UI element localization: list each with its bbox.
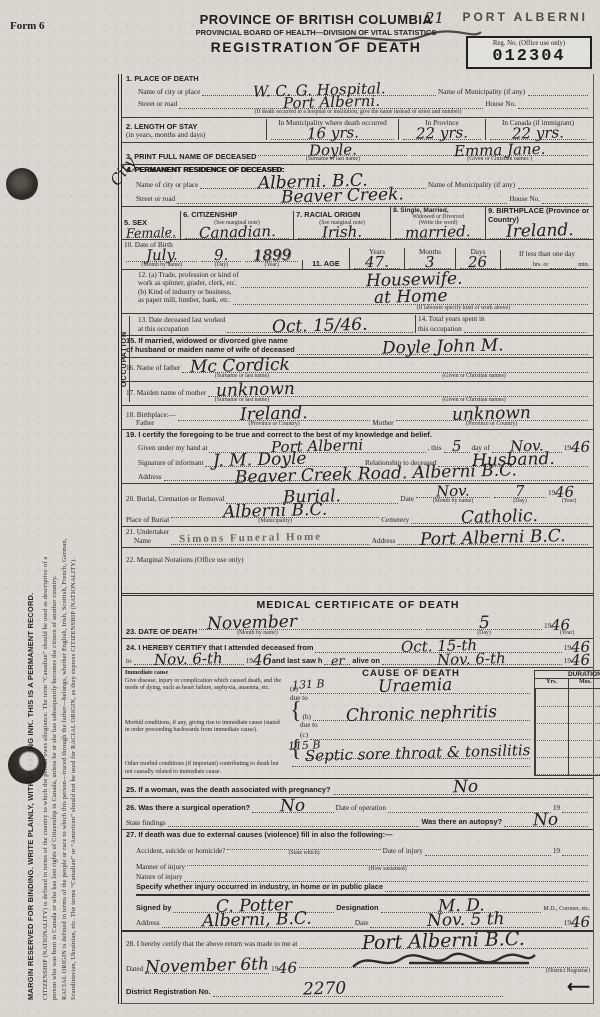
- dated-label: Dated: [126, 965, 143, 973]
- operation-label: 26. Was there a surgical operation?: [126, 804, 250, 813]
- s2-sub: (in years, months and days): [126, 131, 266, 139]
- form-number: Form 6: [10, 20, 45, 32]
- section-last-worked: 13. Date deceased last workedat this occ…: [122, 313, 593, 335]
- district-reg-no-value: 2270: [302, 982, 346, 998]
- age-days-value: 26: [468, 256, 487, 270]
- mother-name-label: 17. Maiden name of mother: [126, 389, 206, 397]
- occupation-b-label1: (b) Kind of industry or business,: [138, 288, 231, 296]
- birthplace-value: Ireland.: [505, 224, 573, 241]
- immediate-cause-desc: Give disease, injury or complication whi…: [125, 678, 285, 693]
- immediate-cause-lead: Immediate cause: [125, 670, 168, 676]
- s19-this-label: , this: [428, 444, 442, 452]
- s4-city-label: Name of city or place: [136, 181, 198, 189]
- age-months-value: 3: [425, 256, 435, 270]
- section-birth-age: 10. Date of Birth July.(Month by name) 9…: [122, 239, 593, 269]
- occupation-vertical-label: OCCUPATION: [121, 316, 130, 402]
- s24-yr2-label: 19: [246, 657, 253, 665]
- section-sex-citizenship-origin: 5. SEX Female. 6. CITIZENSHIP (See margi…: [122, 206, 593, 239]
- pregnancy-label: 25. If a woman, was the death associated…: [126, 786, 331, 795]
- physician-address-label: Address: [136, 919, 160, 927]
- physician-year-value: 46: [571, 916, 590, 930]
- s4-street-label: Street or road: [136, 195, 175, 203]
- s4-muni-label: Name of Municipality (if any): [428, 181, 516, 189]
- cemetery-label: Cemetery: [381, 516, 409, 524]
- section-burial: 20. Burial, Cremation or Removal Burial.…: [122, 483, 593, 526]
- last-seen-alive-value: Nov. 6-th: [437, 652, 506, 667]
- undertaker-stamp: Simons Funeral Home: [179, 531, 322, 545]
- s18-mother-label: Mother: [372, 419, 393, 427]
- margin-note-citizenship-2: person who was born in Canada or who has…: [51, 130, 58, 1000]
- cause-b-label: (b): [303, 713, 311, 721]
- s2-title: 2. LENGTH OF STAY: [126, 123, 266, 132]
- reg-no-label: Reg. No. (Office use only): [470, 40, 588, 47]
- margin-note-racial-1: RACIAL ORIGIN is defined in terms of the…: [61, 130, 68, 1000]
- s3-title: 3. PRINT FULL NAME OF DECEASED: [126, 153, 256, 162]
- burial-month-value: Nov.: [436, 485, 470, 499]
- accident-label: Accident, suicide or homicide?: [136, 847, 225, 855]
- nature-of-injury-label: Nature of injury: [136, 873, 182, 881]
- external-causes-label: 27. If death was due to external causes …: [126, 831, 590, 840]
- s27-yr-label: 19: [553, 847, 560, 855]
- operation-value: No: [280, 798, 306, 814]
- brace-glyph-1: {: [290, 702, 302, 721]
- death-month-value: November: [207, 615, 297, 633]
- pen-scribble-mark: [8, 746, 46, 784]
- racial-origin-value: Irish.: [322, 226, 362, 241]
- dated-year-value: 46: [278, 962, 297, 976]
- s17-fine2: (Given or Christian names): [358, 397, 590, 403]
- manner-of-injury-label: Manner of injury: [136, 863, 185, 871]
- section-district-registration: District Registration No. 2270 ⟵: [122, 976, 593, 1003]
- occupation-a-label2: work as spinner, grader, clerk, etc.: [138, 279, 239, 287]
- undertaker-label: 21. Undertaker: [126, 528, 169, 536]
- reg-no-box: Reg. No. (Office use only) 012304: [466, 36, 592, 69]
- age-years-value: 47.: [365, 256, 389, 270]
- port-alberni-stamp: PORT ALBERNI: [462, 10, 588, 24]
- mother-name-value: unknown: [216, 382, 295, 399]
- occupation-fine: (If labourer specify kind of work above): [138, 305, 510, 311]
- section-cause-of-death: Immediate cause Give disease, injury or …: [122, 667, 593, 778]
- dob-year-value: 1899: [252, 249, 291, 263]
- attended-to-year: 46: [253, 654, 272, 668]
- signed-by-label: Signed by: [136, 904, 171, 913]
- scanned-death-certificate-page: { "colors": {"paper": "#d9d6cf", "ink": …: [0, 0, 600, 1017]
- section-operation: 26. Was there a surgical operation? No D…: [122, 797, 593, 830]
- page-title: REGISTRATION OF DEATH: [128, 39, 504, 55]
- physician-date-value: Nov. 5 th: [427, 912, 505, 929]
- morbid-condition-value: Chronic nephritis: [346, 705, 497, 724]
- s13-label2: at this occupation: [138, 325, 225, 333]
- medical-certificate-header: MEDICAL CERTIFICATE OF DEATH: [122, 593, 593, 615]
- s14-label2: this occupation: [418, 325, 462, 333]
- certified-year-value: 46: [571, 441, 590, 455]
- duration-mos-header: Mos.: [568, 679, 600, 689]
- section-mother-name: 17. Maiden name of mother unknown (Surna…: [122, 381, 593, 405]
- pregnancy-value: No: [452, 780, 478, 796]
- reg-no-value: 012304: [470, 47, 588, 66]
- undertaker-name-label: Name: [134, 537, 169, 545]
- section-pregnancy: 25. If a woman, was the death associated…: [122, 778, 593, 796]
- district-reg-no-label: District Registration No.: [126, 988, 211, 997]
- section-father-name: 16. Name of father Mc Cordick (Surname o…: [122, 357, 593, 381]
- autopsy-value: No: [533, 813, 559, 829]
- s24-to-label: to: [126, 657, 132, 665]
- citizenship-value: Canadian.: [198, 225, 275, 241]
- duration-yrs-header: Yrs.: [535, 679, 568, 689]
- place-of-death-street-value: Port Alberni.: [283, 95, 380, 111]
- burial-year-value: 46: [555, 486, 574, 500]
- operation-date-label: Date of operation: [336, 804, 386, 812]
- handwritten-file-number: 21: [425, 12, 444, 26]
- section-external-causes: 27. If death was due to external causes …: [122, 829, 593, 898]
- cause-code-a: 131 B: [292, 678, 325, 693]
- s24-alive-label: alive on: [352, 657, 380, 666]
- s19-given-label: Given under my hand at: [138, 444, 207, 452]
- age-hrs-label: hrs. or: [533, 262, 548, 269]
- undertaker-address-value: Port Alberni B.C.: [420, 529, 566, 548]
- dob-month-value: July.: [146, 249, 178, 263]
- certified-day-value: 5: [452, 440, 462, 454]
- age-min-label: min.: [578, 262, 589, 269]
- section-marginal-notations: 22. Marginal Notations (Office use only): [122, 547, 593, 593]
- pen-arrow-mark: ⟵: [567, 977, 590, 997]
- section-physician-signature: Signed by C. Potter Designation M. D. M.…: [132, 898, 593, 930]
- duration-table: DURATION Yrs. Mos. Dys.: [534, 670, 600, 776]
- section-date-of-death: 23. DATE OF DEATH November(Month by name…: [122, 615, 593, 638]
- findings-label: State findings: [126, 819, 166, 827]
- s13-label1: 13. Date deceased last worked: [138, 316, 225, 324]
- duration-title: DURATION: [535, 671, 600, 679]
- occupation-industry-value: at Home: [374, 289, 448, 306]
- section-occupation: 12. (a) Trade, profession or kind ofwork…: [122, 269, 593, 313]
- burial-place-label: Place of Burial: [126, 516, 169, 524]
- saw-her-fill: er: [331, 655, 345, 667]
- informant-signature-label: Signature of informant: [138, 459, 203, 467]
- section-place-of-death: 1. PLACE OF DEATH Name of city or place …: [122, 74, 593, 117]
- stay-municipality-value: 16 yrs.: [306, 127, 358, 142]
- father-name-label: 16. Name of father: [126, 364, 180, 372]
- informant-address-label: Address: [138, 473, 162, 481]
- marital-status-value: married.: [405, 225, 471, 240]
- section-length-of-stay: 2. LENGTH OF STAY (in years, months and …: [122, 117, 593, 142]
- morbid-conditions-label: Morbid conditions, if any, giving rise t…: [125, 720, 285, 735]
- spouse-name-value: Doyle John M.: [381, 339, 503, 357]
- s1-city-label: Name of city or place: [138, 88, 200, 96]
- registration-form: PROVINCE OF BRITISH COLUMBIA PROVINCIAL …: [118, 4, 594, 1004]
- s1-muni-label: Name of Municipality (if any): [438, 88, 526, 96]
- form-header: PROVINCE OF BRITISH COLUMBIA PROVINCIAL …: [118, 12, 594, 74]
- margin-note-binding: MARGIN RESERVED FOR BINDING. WRITE PLAIN…: [26, 95, 35, 1000]
- designation-label: Designation: [336, 904, 378, 913]
- section-permanent-residence: City 4. PERMANENT RESIDENCE OF DECEASED:…: [122, 164, 593, 205]
- death-day-value: 5: [478, 616, 489, 632]
- cemetery-value: Catholic.: [461, 509, 538, 526]
- occupation-a-label1: 12. (a) Trade, profession or kind of: [138, 271, 239, 279]
- immediate-cause-value: Uraemia: [378, 678, 453, 695]
- s16-fine2: (Given or Christian names): [358, 373, 590, 379]
- marital-header: 8. Single, Married,: [393, 207, 483, 215]
- date-of-death-label: 23. DATE OF DEATH: [126, 628, 197, 637]
- marginal-notations-label: 22. Marginal Notations (Office use only): [126, 556, 244, 564]
- occupation-b-label2: as paper mill, lumber, bank, etc.: [138, 296, 231, 304]
- physician-address-value: Alberni, B.C.: [202, 912, 312, 930]
- district-registrar-fine: (District Registrar): [297, 968, 590, 974]
- deceased-surname-value: Doyle.: [309, 143, 357, 158]
- father-name-value: Mc Cordick: [190, 357, 290, 375]
- citizenship-header: 6. CITIZENSHIP: [183, 211, 291, 220]
- physician-date-label: Date: [355, 919, 369, 927]
- registrar-certify-label: 28. I hereby certify that the above retu…: [126, 940, 297, 948]
- undertaker-address-label: Address: [372, 537, 396, 545]
- header-board: PROVINCIAL BOARD OF HEALTH—DIVISION OF V…: [128, 28, 504, 37]
- section-attendance: 24. I HEREBY CERTIFY that I attended dec…: [122, 638, 593, 667]
- s18-father-label: Father: [136, 419, 176, 427]
- dob-day-value: 9.: [214, 249, 229, 263]
- hole-punch-mark: [6, 168, 38, 200]
- age-less-label: If less than one day: [503, 250, 591, 258]
- header-province: PROVINCE OF BRITISH COLUMBIA: [128, 12, 504, 27]
- mother-birthplace-value: unknown: [452, 406, 531, 423]
- s24-saw-label: and last saw h: [272, 657, 323, 666]
- dated-value: November 6th: [145, 958, 269, 977]
- section-registrar-certification: 28. I hereby certify that the above retu…: [122, 930, 593, 976]
- s19-yr-label: 19: [564, 444, 571, 452]
- burial-day-value: 7: [515, 485, 525, 499]
- section-undertaker: 21. UndertakerName Simons Funeral Home A…: [122, 526, 593, 547]
- sex-value: Female.: [126, 227, 176, 240]
- margin-note-racial-2: Scandinavian, Ukrainian, etc. The terms …: [70, 130, 77, 1000]
- section-spouse-name: 15. If married, widowed or divorced give…: [122, 335, 593, 356]
- last-worked-date-value: Oct. 15/46.: [272, 318, 368, 336]
- racial-origin-header: 7. RACIAL ORIGIN: [296, 211, 388, 220]
- sig-yr-label: 19: [564, 919, 571, 927]
- burial-label: 20. Burial, Cremation or Removal: [126, 495, 224, 503]
- section-full-name: 3. PRINT FULL NAME OF DECEASED Doyle. (S…: [122, 142, 593, 165]
- medical-certificate-title: MEDICAL CERTIFICATE OF DEATH: [126, 597, 590, 613]
- injury-location-label: Specify whether injury occurred in indus…: [136, 883, 383, 892]
- other-conditions-label: Other morbid conditions (if important) c…: [125, 761, 285, 776]
- age-label: 11. AGE: [312, 260, 340, 269]
- burial-place-value: Alberni B.C.: [223, 502, 328, 520]
- s4-house-label: House No.: [509, 195, 540, 203]
- father-birthplace-value: Ireland.: [240, 406, 308, 423]
- s14-label1: 14. Total years spent in: [418, 315, 588, 323]
- s18-label: 18. Birthplace:—: [126, 411, 176, 419]
- death-year-value: 46: [551, 619, 570, 633]
- s1-street-label: Street or road: [138, 100, 177, 108]
- s24-yr3-label: 19: [564, 657, 571, 665]
- registrar-place-value: Port Alberni B.C.: [362, 930, 525, 951]
- deceased-given-names-value: Emma Jane.: [454, 143, 546, 159]
- s1-house-label: House No.: [485, 100, 516, 108]
- last-seen-year: 46: [571, 654, 590, 668]
- margin-note-citizenship-1: CITIZENSHIP (NATIONALITY) is defined in …: [42, 130, 49, 1000]
- residence-street-value: Beaver Creek.: [281, 188, 404, 207]
- burial-date-label: Date: [400, 495, 414, 503]
- autopsy-label: Was there an autopsy?: [421, 818, 502, 827]
- attended-to-value: Nov. 6-th: [154, 652, 223, 667]
- s15-label2: of husband or maiden name of wife of dec…: [126, 346, 295, 355]
- form-body: OCCUPATION 1. PLACE OF DEATH Name of cit…: [118, 74, 594, 1004]
- section-parents-birthplace: 18. Birthplace:—Father Ireland.(Province…: [122, 405, 593, 429]
- section-informant-certification: 19. I certify the foregoing to be true a…: [122, 429, 593, 483]
- injury-date-label: Date of injury: [383, 847, 423, 855]
- stay-province-value: 22 yrs.: [416, 127, 468, 142]
